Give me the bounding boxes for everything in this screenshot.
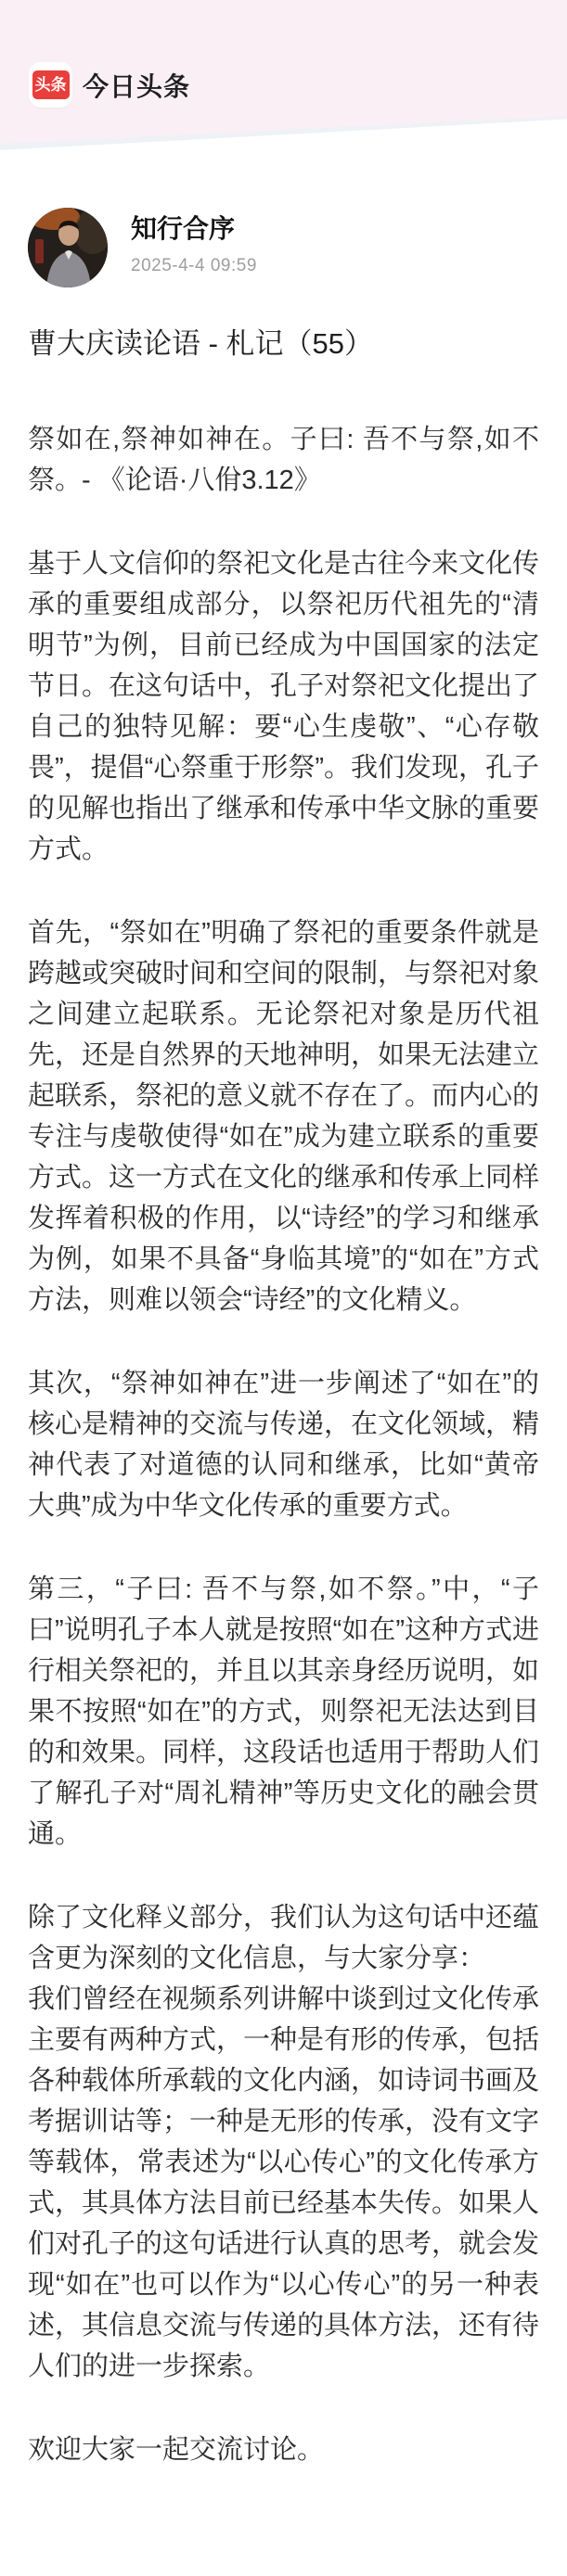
article-title: 曹大庆读论语 - 札记（55） bbox=[28, 326, 539, 363]
author-row: 知行合序 2025-4-4 09:59 bbox=[28, 208, 539, 287]
author-name[interactable]: 知行合序 bbox=[131, 213, 257, 245]
publish-date: 2025-4-4 09:59 bbox=[131, 256, 257, 276]
article-paragraph: 首先，“祭如在”明确了祭祀的重要条件就是跨越或突破时间和空间的限制，与祭祀对象之… bbox=[28, 912, 539, 1320]
author-meta: 知行合序 2025-4-4 09:59 bbox=[131, 208, 257, 276]
article-main: 知行合序 2025-4-4 09:59 曹大庆读论语 - 札记（55） 祭如在,… bbox=[0, 208, 567, 2559]
article-content: 祭如在,祭神如神在。子曰: 吾不与祭,如不祭。- 《论语·八佾3.12》 基于人… bbox=[28, 419, 539, 2559]
article-paragraph: 第三，“子曰: 吾不与祭,如不祭。”中，“子曰”说明孔子本人就是按照“如在”这种… bbox=[28, 1569, 539, 1855]
toutiao-logo-badge: 头条 bbox=[32, 70, 70, 99]
article-paragraph: 祭如在,祭神如神在。子曰: 吾不与祭,如不祭。- 《论语·八佾3.12》 bbox=[28, 419, 539, 501]
article-paragraph: 基于人文信仰的祭祀文化是古往今来文化传承的重要组成部分，以祭祀历代祖先的“清明节… bbox=[28, 543, 539, 870]
toutiao-logo-icon[interactable]: 头条 bbox=[29, 62, 72, 108]
article-page: 头条 今日头条 知行合序 2025-4-4 09:5 bbox=[0, 0, 567, 2576]
avatar-photo bbox=[28, 208, 108, 287]
toutiao-header: 头条 今日头条 bbox=[0, 0, 567, 163]
article-paragraph: 我们曾经在视频系列讲解中谈到过文化传承主要有两种方式，一种是有形的传承，包括各种… bbox=[28, 1979, 539, 2387]
brand-name[interactable]: 今日头条 bbox=[83, 67, 190, 104]
avatar[interactable] bbox=[28, 208, 108, 287]
article-paragraph: 其次，“祭神如神在”进一步阐述了“如在”的核心是精神的交流与传递，在文化领域，精… bbox=[28, 1363, 539, 1526]
article-paragraph: 欢迎大家一起交流讨论。 bbox=[28, 2429, 539, 2470]
article-paragraph: 除了文化释义部分，我们认为这句话中还蕴含更为深刻的文化信息，与大家分享： bbox=[28, 1897, 539, 1979]
brand-row: 头条 今日头条 bbox=[29, 62, 190, 108]
